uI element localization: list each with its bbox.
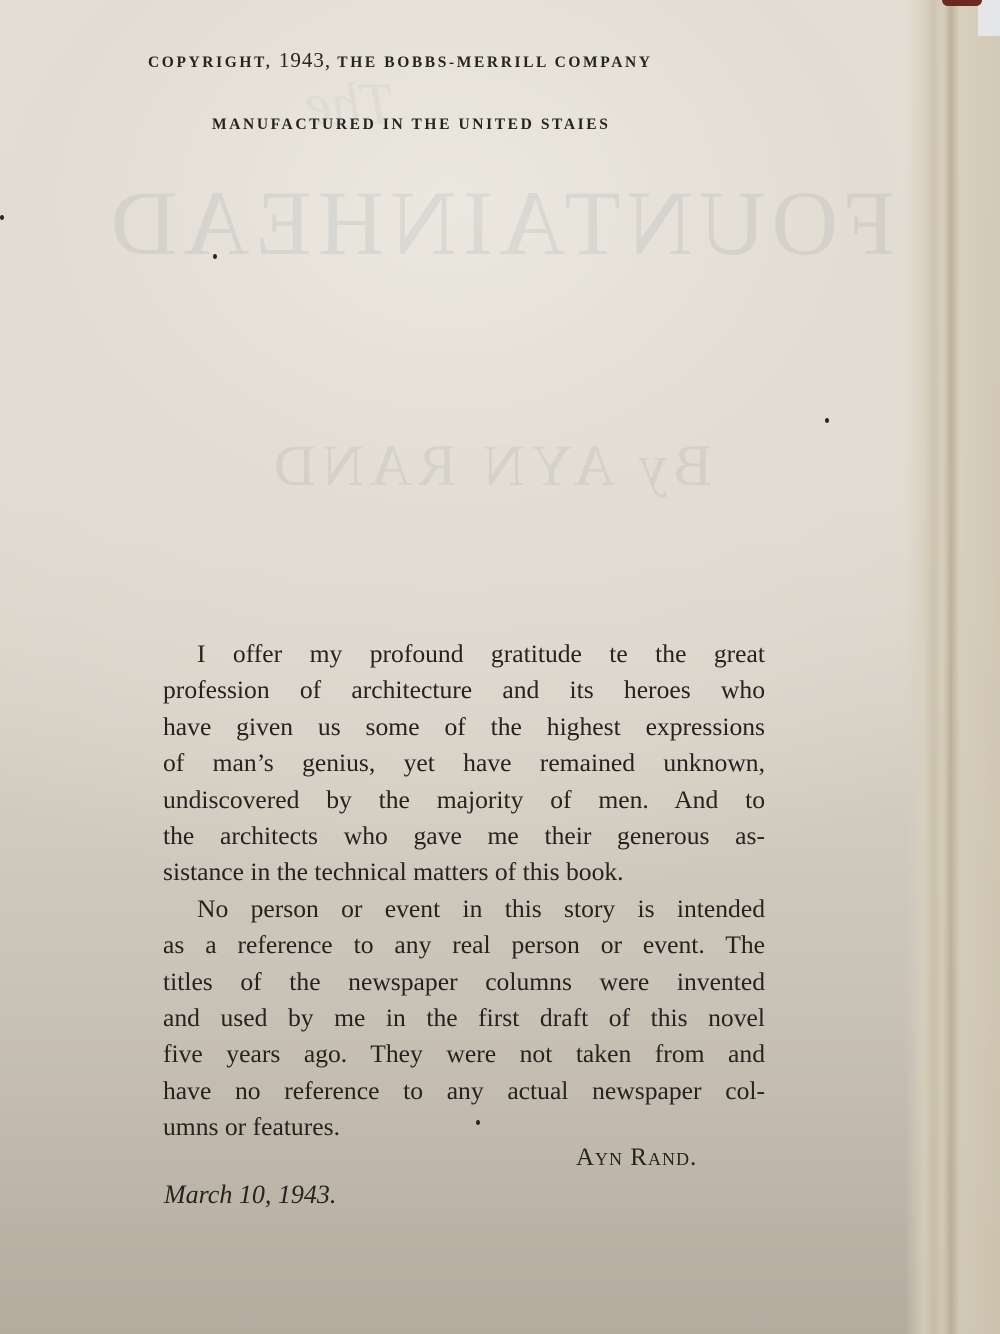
book-cover-edge (942, 0, 982, 6)
copyright-year: 1943, (279, 48, 331, 72)
background-corner (978, 0, 1000, 36)
text-line: umns or features. (163, 1109, 765, 1145)
text-line: profession of architecture and its heroe… (163, 672, 765, 708)
author-signature: Ayn Rand. (576, 1144, 697, 1172)
acknowledgment-paragraph: I offer my profound gratitude te the gre… (163, 636, 765, 891)
text-line: I offer my profound gratitude te the gre… (163, 636, 765, 672)
paper-speck (476, 1120, 480, 1125)
paper-speck (213, 254, 217, 259)
text-line: five years ago. They were not taken from… (163, 1036, 765, 1072)
text-line: the architects who gave me their generou… (163, 818, 765, 854)
text-line: and used by me in the first draft of thi… (163, 1000, 765, 1036)
paper-speck (0, 215, 4, 220)
text-line: as a reference to any real person or eve… (163, 927, 765, 963)
manufactured-line: MANUFACTURED IN THE UNITED STAIES (212, 116, 610, 134)
text-line: of man’s genius, yet have remained unkno… (163, 745, 765, 781)
text-line: have no reference to any actual newspape… (163, 1073, 765, 1109)
acknowledgment-text: I offer my profound gratitude te the gre… (163, 636, 765, 1145)
copyright-line: COPYRIGHT, 1943, THE BOBBS-MERRILL COMPA… (148, 48, 653, 73)
text-line: sistance in the technical matters of thi… (163, 854, 765, 890)
disclaimer-paragraph: No person or event in this story is inte… (163, 891, 765, 1146)
bleed-through-author: By AYN RAND (0, 432, 990, 499)
paper-speck (825, 418, 829, 423)
copyright-prefix: COPYRIGHT, (148, 54, 272, 71)
text-line: No person or event in this story is inte… (163, 891, 765, 927)
bleed-through-title: FOUNTAINHEAD (0, 170, 1000, 276)
text-line: undiscovered by the majority of men. And… (163, 782, 765, 818)
text-line: titles of the newspaper columns were inv… (163, 964, 765, 1000)
text-line: have given us some of the highest expres… (163, 709, 765, 745)
copyright-publisher: THE BOBBS-MERRILL COMPANY (337, 54, 652, 71)
dated-line: March 10, 1943. (164, 1180, 336, 1210)
